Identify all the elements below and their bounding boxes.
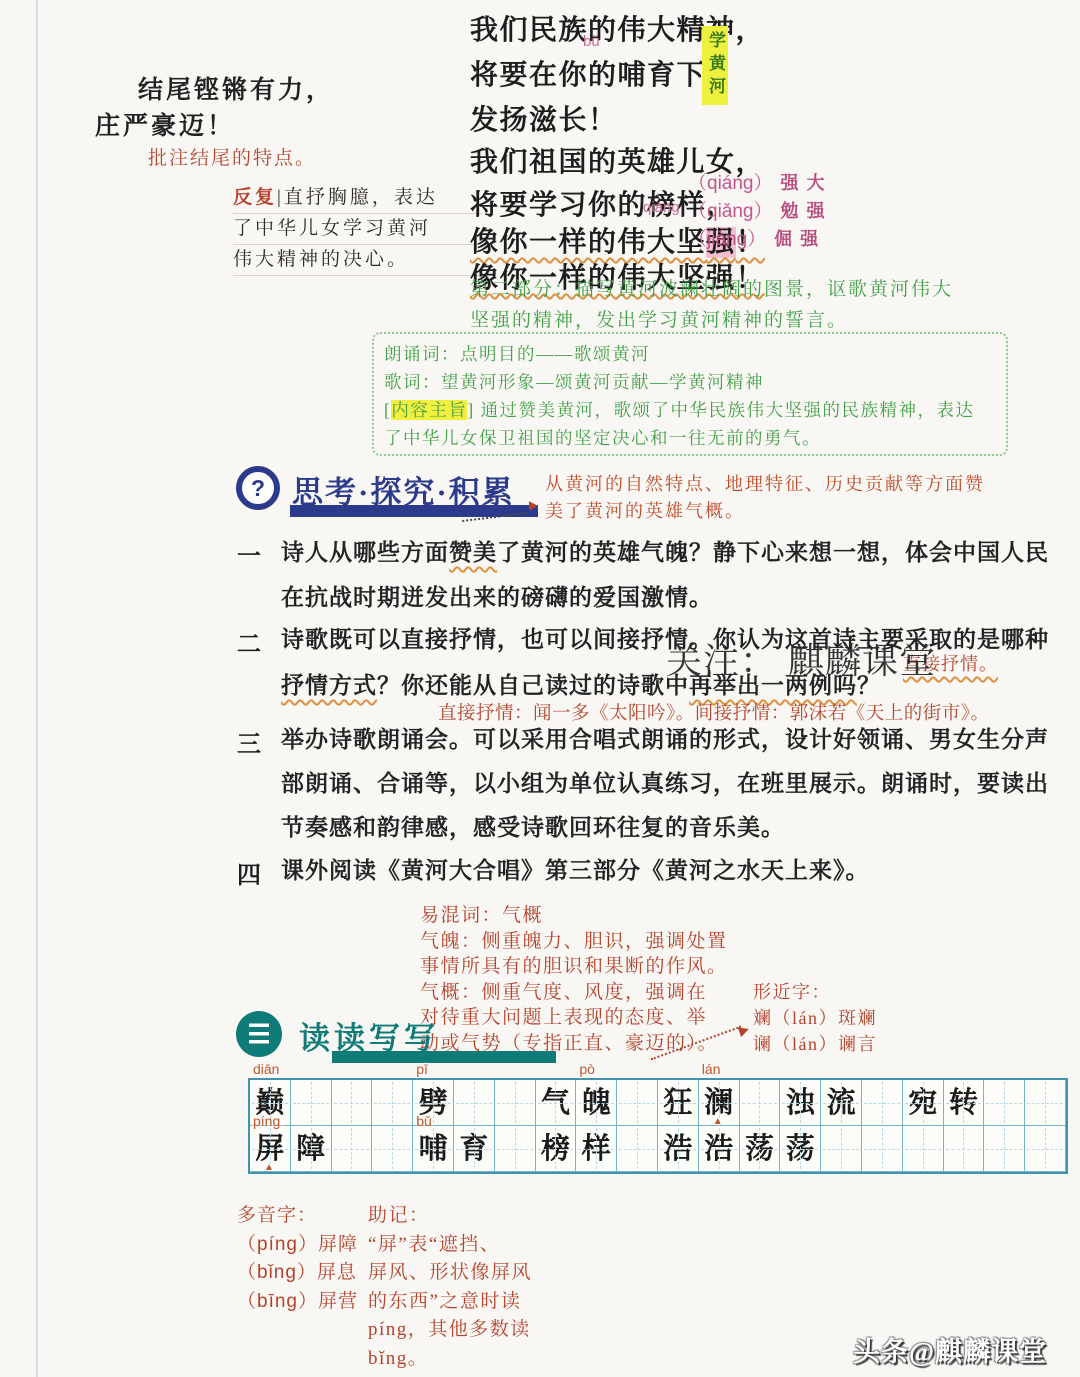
item-marker: 二: [237, 624, 261, 659]
grid-cell: 魄: [576, 1080, 617, 1126]
grid-cell: [984, 1080, 1025, 1126]
grid-cell: 荡: [780, 1126, 821, 1172]
rhetoric-keyword: 反复: [233, 187, 277, 208]
polyphone-line: （bǐng）屏息: [237, 1259, 358, 1288]
summary-line: [内容主旨] 通过赞美黄河，歌颂了中华民族伟大坚强的民族精神，表达: [384, 396, 996, 424]
mnemonic-line: “屏”表“遮挡、: [368, 1231, 532, 1260]
confusable-words-note: 易混词：气概 气魄：侧重魄力、胆识，强调处置 事情所具有的胆识和果断的作风。 气…: [420, 903, 728, 1056]
polyphone-title: 多音字：: [237, 1202, 358, 1231]
item-text-line: 节奏感和韵律感，感受诗歌回环往复的音乐美。: [281, 809, 785, 842]
item-marker: 一: [237, 536, 261, 571]
stress-mark-icon: ▲: [264, 1163, 274, 1173]
part2-summary-line: 坚强的精神，发出学习黄河精神的誓言。: [470, 305, 848, 332]
ending-comment-line: 伟大精神的决心。: [233, 245, 483, 276]
polyphone-line: （bīng）屏营: [237, 1288, 358, 1317]
example-word: 勉强: [781, 201, 833, 221]
highlighted-label: 内容主旨: [391, 400, 467, 420]
mnemonic-line: píng，其他多数读: [368, 1316, 532, 1345]
think-annotation-line: 从黄河的自然特点、地理特征、历史贡献等方面赞: [545, 470, 985, 496]
poem-text: 像你一样的伟大坚: [470, 227, 706, 258]
think-annotation-line: 美了黄河的英雄气概。: [545, 497, 745, 523]
question-circle-icon: ?: [236, 466, 280, 510]
mnemonic-title: 助记：: [368, 1202, 532, 1231]
grid-cell: [332, 1080, 373, 1126]
grid-cell: 流: [821, 1080, 862, 1126]
grid-cell: [454, 1080, 495, 1126]
grid-cell: [372, 1080, 413, 1126]
grid-pinyin: diān: [253, 1061, 279, 1077]
grid-cell: [862, 1126, 903, 1172]
summary-line: 歌词：望黄河形象—颂黄河贡献—学黄河精神: [384, 368, 996, 396]
grid-cell: [821, 1126, 862, 1172]
poem-line: 将要在你的哺育下: [470, 53, 706, 93]
mnemonic-line: 屏风、形状像屏风: [368, 1259, 532, 1288]
underlined-text: 抒情方式: [281, 673, 377, 698]
grid-pinyin: pò: [579, 1061, 595, 1077]
grid-cell: [291, 1080, 332, 1126]
grid-cell: 转: [944, 1080, 985, 1126]
content-summary-box: 朗诵词：点明目的——歌颂黄河 歌词：望黄河形象—颂黄河贡献—学黄河精神 [内容主…: [372, 332, 1008, 456]
copybook-grid: 巅劈气魄狂澜浊流宛转屏障哺育榜样浩浩荡荡diānpīpòlánpíngbǔ▲▲: [248, 1078, 1068, 1174]
grid-cell: [617, 1080, 658, 1126]
bracket: ]: [467, 400, 474, 420]
confusable-line: 对待重大问题上表现的态度、举: [420, 1005, 728, 1031]
grid-cell: 浩: [699, 1126, 740, 1172]
grid-cell: 荡: [740, 1126, 781, 1172]
confusable-line: 易混词：气概: [420, 903, 728, 929]
textbook-page: 结尾铿锵有力， 庄严豪迈！ 批注结尾的特点。 反复|直抒胸臆，表达 了中华儿女学…: [0, 0, 1080, 1377]
ending-comment-line: 了中华儿女学习黄河: [233, 214, 483, 245]
confusable-line: 事情所具有的胆识和果断的作风。: [420, 954, 728, 980]
grid-cell: [1025, 1126, 1066, 1172]
item-text-line: 在抗战时期迸发出来的磅礴的爱国激情。: [281, 579, 713, 612]
grid-cell: [495, 1126, 536, 1172]
similar-characters-note: 形近字： 斓（lán）斑斓 谰（lán）谰言: [753, 979, 877, 1057]
ending-comment-line: 反复|直抒胸臆，表达: [233, 183, 483, 214]
comment-divider: |: [277, 187, 284, 208]
grid-cell: [1025, 1080, 1066, 1126]
ending-annotation: 批注结尾的特点。: [148, 143, 316, 170]
similar-characters-line: 谰（lán）谰言: [753, 1031, 877, 1057]
summary-text: 通过赞美黄河，歌颂了中华民族伟大坚强的民族精神，表达: [475, 400, 975, 420]
item-text-line: 举办诗歌朗诵会。可以采用合唱式朗诵的形式，设计好领诵、男女生分声: [281, 721, 1049, 754]
similar-characters-title: 形近字：: [753, 979, 877, 1005]
item-text: 诗人从哪些方面: [281, 540, 449, 565]
polyphone-note: 多音字： （píng）屏障 （bǐng）屏息 （bīng）屏营: [237, 1202, 358, 1316]
grid-cell: [944, 1126, 985, 1172]
arrow-right-icon: ▶: [529, 498, 538, 513]
title-underline-bar: [332, 1051, 556, 1063]
stress-mark-icon: ▲: [713, 1117, 723, 1127]
item-text-line: 课外阅读《黄河大合唱》第三部分《黄河之水天上来》。: [281, 852, 870, 885]
pronunciation-note: （qiǎng）勉强: [688, 196, 833, 223]
mnemonic-note: 助记： “屏”表“遮挡、 屏风、形状像屏风 的东西”之意时读 píng，其他多数…: [368, 1202, 532, 1373]
grid-cell: [862, 1080, 903, 1126]
watermark-bottom: 头条@麒麟课堂: [853, 1330, 1047, 1369]
highlight-tag: 学黄河: [702, 26, 728, 105]
item-marker: 三: [237, 724, 261, 759]
grid-cell: [617, 1126, 658, 1172]
grid-pinyin: pī: [416, 1061, 428, 1077]
grid-cell: 狂: [658, 1080, 699, 1126]
pinyin-annotation: bǔ: [583, 33, 600, 50]
pronunciation-note: （qiáng）强大: [688, 168, 833, 195]
example-word: 倔强: [774, 229, 826, 249]
grid-cell: [903, 1126, 944, 1172]
ending-note-line2: 庄严豪迈！: [95, 106, 235, 142]
grid-pinyin: bǔ: [416, 1113, 432, 1129]
polyphone-line: （píng）屏障: [237, 1231, 358, 1260]
grid-cell: 榜: [536, 1126, 577, 1172]
item-text-line: 诗人从哪些方面赞美了黄河的英雄气魄？静下心来想一想，体会中国人民: [281, 534, 1049, 567]
grid-cell: 样: [576, 1126, 617, 1172]
ending-note-line1: 结尾铿锵有力，: [138, 70, 334, 106]
example-word: 强大: [781, 173, 833, 193]
menu-circle-icon: ☰: [236, 1011, 282, 1057]
grid-cell: 哺: [413, 1126, 454, 1172]
grid-cell: 障: [291, 1126, 332, 1172]
item-marker: 四: [237, 855, 261, 890]
underlined-text: 赞美: [449, 540, 497, 565]
notebook-margin-line: [36, 0, 38, 1377]
grid-pinyin: lán: [702, 1061, 721, 1077]
arrow-right-icon: ▶: [737, 1021, 752, 1039]
grid-cell: [740, 1080, 781, 1126]
pinyin: （qiǎng）: [688, 201, 773, 222]
grid-cell: 浩: [658, 1126, 699, 1172]
grid-cell: [495, 1080, 536, 1126]
item-text: 了黄河的英雄气魄？静下心来想一想，体会中国人民: [497, 540, 1049, 565]
pronunciation-note: （jiàng）倔强: [688, 224, 826, 251]
watermark-center: 关注： 麒麟课堂: [666, 633, 936, 684]
pinyin: （qiáng）: [688, 173, 773, 194]
poem-line: 发扬滋长！: [470, 98, 618, 138]
pinyin-annotation: qiáng: [643, 199, 680, 216]
confusable-line: 气概：侧重气度、风度，强调在: [420, 980, 728, 1006]
item-text-line: 部朗诵、合诵等，以小组为单位认真练习，在班里展示。朗诵时，要读出: [281, 765, 1049, 798]
confusable-line: 气魄：侧重魄力、胆识，强调处置: [420, 929, 728, 955]
grid-cell: [332, 1126, 373, 1172]
part2-summary-line: 第二部分：描写黄河波澜壮阔的图景，讴歌黄河伟大: [470, 275, 953, 305]
pinyin: （jiàng）: [688, 229, 766, 250]
grid-pinyin: píng: [253, 1113, 280, 1129]
grid-cell: 育: [454, 1126, 495, 1172]
grid-cell: [984, 1126, 1025, 1172]
grid-cell: [372, 1126, 413, 1172]
similar-characters-line: 斓（lán）斑斓: [753, 1005, 877, 1031]
grid-cell: 浊: [780, 1080, 821, 1126]
comment-text: 直抒胸臆，表达: [284, 187, 438, 208]
summary-line: 朗诵词：点明目的——歌颂黄河: [384, 340, 996, 368]
ending-comment: 反复|直抒胸臆，表达 了中华儿女学习黄河 伟大精神的决心。: [233, 183, 483, 276]
mnemonic-line: bǐng。: [368, 1345, 532, 1374]
grid-cell: 宛: [903, 1080, 944, 1126]
grid-cell: 气: [536, 1080, 577, 1126]
item-text: ？你还能从自己读过的诗歌中: [377, 673, 689, 698]
summary-line: 了中华儿女保卫祖国的坚定决心和一往无前的勇气。: [384, 424, 996, 452]
mnemonic-line: 的东西”之意时读: [368, 1288, 532, 1317]
